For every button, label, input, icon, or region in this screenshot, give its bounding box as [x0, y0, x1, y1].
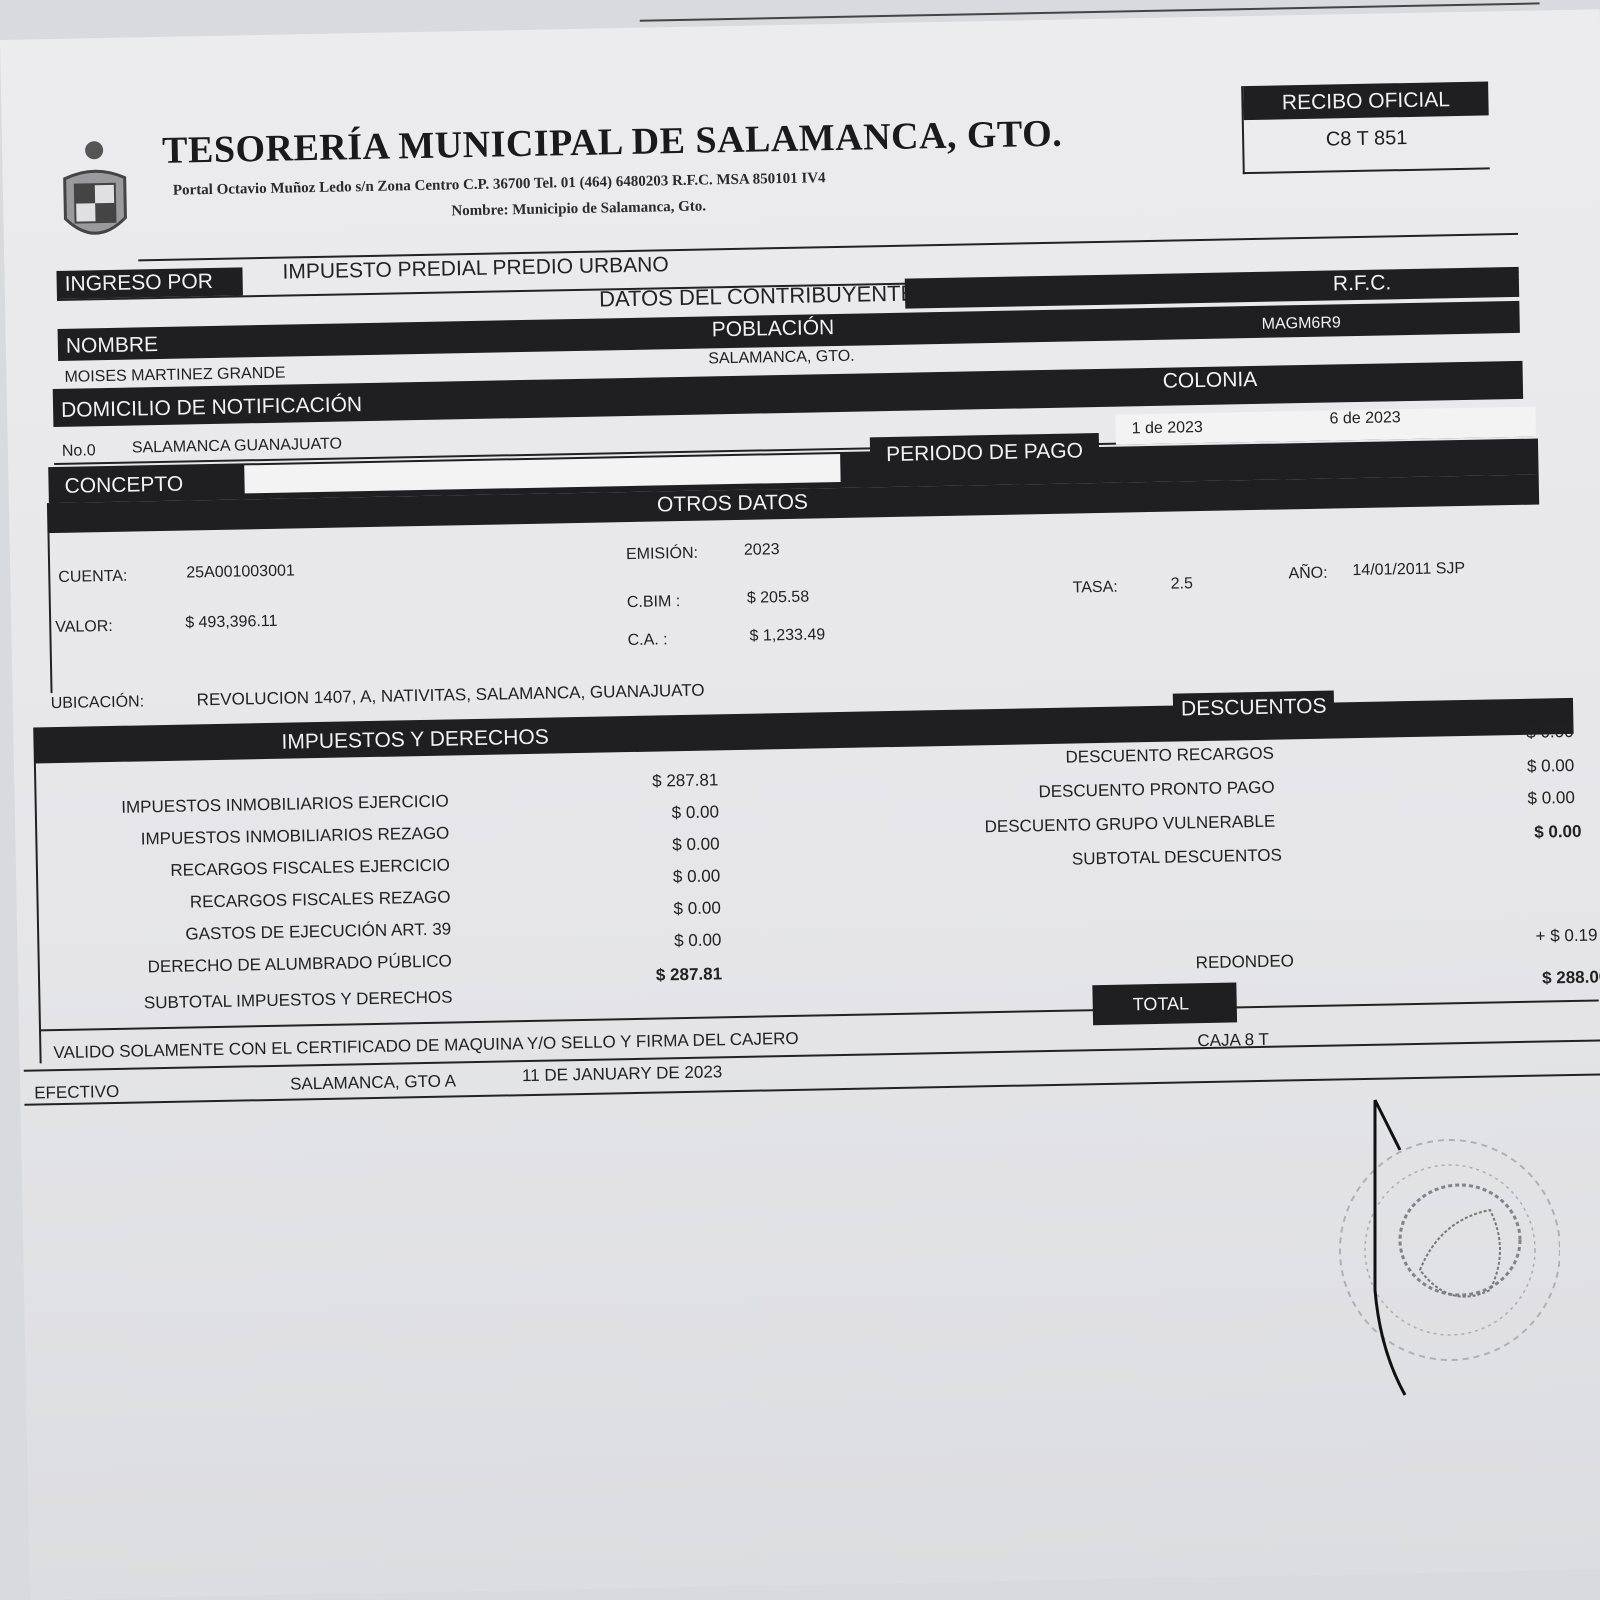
- date: 11 DE JANUARY DE 2023: [522, 1062, 723, 1086]
- payment-method: EFECTIVO: [34, 1082, 119, 1104]
- address-line: Portal Octavio Muñoz Ledo s/n Zona Centr…: [173, 170, 826, 200]
- impuesto-amount: $ 0.00: [597, 930, 721, 952]
- poblacion-label: POBLACIÓN: [711, 316, 834, 342]
- treasury-title: TESORERÍA MUNICIPAL DE SALAMANCA, GTO.: [162, 112, 1063, 173]
- nombre-label: NOMBRE: [66, 333, 159, 359]
- emision-label: EMISIÓN:: [626, 545, 698, 564]
- domicilio-label: DOMICILIO DE NOTIFICACIÓN: [61, 393, 362, 423]
- descuento-label: DESCUENTO GRUPO VULNERABLE: [935, 812, 1275, 839]
- rfc-label: R.F.C.: [1333, 271, 1392, 296]
- impuesto-label: IMPUESTOS INMOBILIARIOS EJERCICIO: [75, 792, 449, 819]
- impuesto-label: RECARGOS FISCALES EJERCICIO: [76, 856, 450, 883]
- valor-label: VALOR:: [55, 618, 113, 637]
- valor-value: $ 493,396.11: [185, 613, 278, 633]
- anio-value: 14/01/2011 SJP: [1352, 560, 1465, 580]
- descuentos-subtotal-amount: $ 0.00: [1455, 822, 1581, 844]
- cbim-label: C.BIM :: [627, 593, 681, 612]
- rfc-value: MAGM6R9: [1262, 314, 1341, 334]
- cbim-value: $ 205.58: [747, 589, 810, 608]
- periodo-from: 1 de 2023: [1132, 419, 1204, 438]
- emision-value: 2023: [744, 541, 780, 560]
- descuento-label: DESCUENTO RECARGOS: [934, 744, 1274, 771]
- left-border: [34, 763, 42, 1063]
- place: SALAMANCA, GTO A: [290, 1071, 456, 1094]
- impuesto-label: RECARGOS FISCALES REZAGO: [76, 888, 450, 915]
- descuento-amount: $ 0.00: [1454, 756, 1574, 778]
- top-edge-line: [640, 2, 1540, 21]
- impuesto-label: DERECHO DE ALUMBRADO PÚBLICO: [78, 951, 452, 978]
- total-label: TOTAL: [1133, 993, 1190, 1015]
- anio-label: AÑO:: [1288, 565, 1327, 584]
- contribuyente-section-title: DATOS DEL CONTRIBUYENTE: [599, 280, 916, 312]
- descuentos-subtotal-label: SUBTOTAL DESCUENTOS: [936, 846, 1282, 873]
- ubicacion-value: REVOLUCION 1407, A, NATIVITAS, SALAMANCA…: [197, 681, 705, 711]
- domicilio-number: No.0: [62, 442, 96, 461]
- otros-datos-title: OTROS DATOS: [657, 491, 808, 518]
- colonia-label: COLONIA: [1163, 368, 1258, 394]
- poblacion-value: SALAMANCA, GTO.: [708, 348, 855, 369]
- impuesto-amount: $ 0.00: [597, 898, 721, 920]
- impuestos-list: IMPUESTOS INMOBILIARIOS EJERCICIO $ 287.…: [0, 9, 1600, 40]
- tasa-value: 2.5: [1170, 575, 1193, 593]
- ingreso-value: IMPUESTO PREDIAL PREDIO URBANO: [282, 253, 669, 284]
- cuenta-value: 25A001003001: [186, 562, 295, 582]
- divider: [138, 233, 1518, 261]
- redondeo-amount: + $ 0.19: [1457, 925, 1597, 948]
- concepto-label: CONCEPTO: [64, 473, 183, 499]
- impuesto-amount: $ 287.81: [594, 770, 718, 792]
- receipt-number-box: RECIBO OFICIAL C8 T 851: [1241, 81, 1490, 174]
- redondeo-label: REDONDEO: [1118, 951, 1294, 974]
- descuentos-title: DESCUENTOS: [1173, 691, 1335, 726]
- periodo-to: 6 de 2023: [1329, 409, 1401, 428]
- impuestos-subtotal-label: SUBTOTAL IMPUESTOS Y DERECHOS: [78, 987, 452, 1014]
- descuentos-list: DESCUENTO RECARGOS $ 0.00 DESCUENTO PRON…: [0, 9, 1600, 40]
- entity-name-line: Nombre: Municipio de Salamanca, Gto.: [451, 198, 706, 220]
- left-border: [47, 533, 52, 693]
- impuesto-label: IMPUESTOS INMOBILIARIOS REZAGO: [75, 824, 449, 851]
- cuenta-label: CUENTA:: [58, 568, 127, 587]
- impuesto-amount: $ 0.00: [595, 802, 719, 824]
- total-label-box: TOTAL: [1092, 982, 1237, 1025]
- official-seal-icon: [1300, 1090, 1560, 1400]
- nombre-value: MOISES MARTINEZ GRANDE: [64, 365, 285, 387]
- tasa-label: TASA:: [1073, 579, 1118, 598]
- total-amount: $ 288.00: [1458, 967, 1600, 990]
- descuento-amount: $ 0.00: [1455, 788, 1575, 810]
- ingreso-label: INGRESO POR: [56, 267, 243, 299]
- impuesto-amount: $ 0.00: [595, 834, 719, 856]
- descuento-label: DESCUENTO PRONTO PAGO: [934, 778, 1274, 805]
- coat-of-arms-icon: [54, 135, 136, 257]
- receipt-number: C8 T 851: [1244, 115, 1490, 153]
- ca-label: C.A. :: [627, 631, 667, 650]
- descuento-amount: $ 0.00: [1453, 722, 1573, 744]
- impuesto-amount: $ 0.00: [596, 866, 720, 888]
- periodo-label: PERIODO DE PAGO: [870, 433, 1099, 471]
- receipt-label: RECIBO OFICIAL: [1243, 81, 1489, 120]
- impuestos-subtotal-amount: $ 287.81: [598, 964, 722, 986]
- ca-value: $ 1,233.49: [749, 626, 825, 645]
- ubicacion-label: UBICACIÓN:: [51, 693, 145, 713]
- impuesto-label: GASTOS DE EJECUCIÓN ART. 39: [77, 920, 451, 947]
- domicilio-value: SALAMANCA GUANAJUATO: [132, 436, 342, 458]
- impuestos-title: IMPUESTOS Y DERECHOS: [281, 726, 549, 755]
